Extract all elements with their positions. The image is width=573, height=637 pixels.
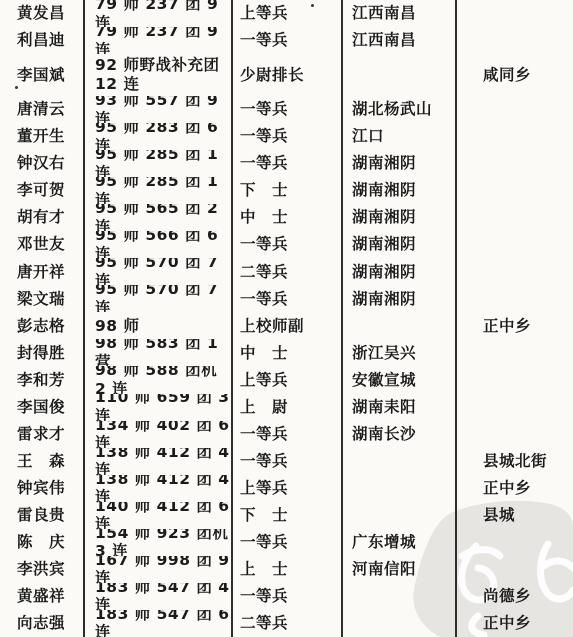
name-cell: 雷求才 [0,421,85,448]
rank-cell: 一等兵 [233,583,343,610]
rank-cell: 一等兵 [233,448,343,475]
name-cell: 唐开祥 [0,258,85,285]
unit-cell: 95 师 285 团 1 连 [85,150,233,177]
native-place-cell: 湖北杨武山 [343,96,457,123]
native-place-cell: 湖南湘阴 [343,258,457,285]
name-cell: 向志强 [0,610,85,637]
unit-cell: 167 师 998 团 9 连 [85,556,233,583]
residence-cell [457,556,573,583]
unit-cell: 138 师 412 团 4 连 [85,475,233,502]
native-place-cell: 浙江吴兴 [343,339,457,366]
rank-cell: 中 士 [233,204,343,231]
native-place-cell: 江西南昌 [343,27,457,54]
rank-cell: 一等兵 [233,421,343,448]
unit-cell: 79 师 237 团 9 连 [85,0,233,27]
unit-cell: 138 师 412 团 4 连 [85,448,233,475]
scan-noise-dot [311,4,314,7]
residence-cell [457,421,573,448]
name-cell: 李国斌 [0,54,85,96]
rank-cell: 一等兵 [233,96,343,123]
native-place-cell [343,610,457,637]
unit-cell: 95 师 570 团 7 连 [85,258,233,285]
native-place-cell: 湖南耒阳 [343,394,457,421]
unit-cell: 79 师 237 团 9 连 [85,27,233,54]
name-cell: 唐清云 [0,96,85,123]
residence-cell [457,177,573,204]
residence-cell: 尚德乡 [457,583,573,610]
native-place-cell: 湖南湘阴 [343,231,457,258]
name-cell: 李和芳 [0,366,85,393]
residence-cell [457,96,573,123]
name-cell: 钟汉右 [0,150,85,177]
native-place-cell: 湖南湘阴 [343,150,457,177]
native-place-cell: 湖南湘阴 [343,177,457,204]
native-place-cell [343,448,457,475]
rank-cell: 上等兵 [233,366,343,393]
name-cell: 董开生 [0,123,85,150]
native-place-cell [343,502,457,529]
residence-cell [457,204,573,231]
rank-cell: 一等兵 [233,123,343,150]
unit-cell: 95 师 565 团 2 连 [85,204,233,231]
residence-cell: 县城北街 [457,448,573,475]
rank-cell: 上等兵 [233,475,343,502]
rank-cell: 一等兵 [233,231,343,258]
rank-cell: 上等兵 [233,0,343,27]
rank-cell: 上 尉 [233,394,343,421]
native-place-cell: 湖南湘阴 [343,204,457,231]
name-cell: 黄发昌 [0,0,85,27]
rank-cell: 一等兵 [233,285,343,312]
native-place-cell [343,54,457,96]
unit-cell: 134 师 402 团 6 连 [85,421,233,448]
rank-cell: 下 士 [233,177,343,204]
residence-cell [457,27,573,54]
unit-cell: 98 师 [85,312,233,339]
native-place-cell [343,475,457,502]
native-place-cell: 江西南昌 [343,0,457,27]
residence-cell [457,231,573,258]
name-cell: 邓世友 [0,231,85,258]
residence-cell: 县城 [457,502,573,529]
unit-cell: 98 师 583 团 1 营 [85,339,233,366]
residence-cell [457,258,573,285]
rank-cell: 二等兵 [233,610,343,637]
name-cell: 黄盛祥 [0,583,85,610]
native-place-cell: 河南信阳 [343,556,457,583]
native-place-cell: 湖南湘阴 [343,285,457,312]
name-cell: 陈 庆 [0,529,85,556]
rank-cell: 一等兵 [233,529,343,556]
unit-cell: 110 师 659 团 3 连 [85,394,233,421]
unit-cell: 92 师野战补充团 12 连 [85,54,233,96]
name-cell: 李洪宾 [0,556,85,583]
name-cell: 李国俊 [0,394,85,421]
name-cell: 雷良贵 [0,502,85,529]
rank-cell: 二等兵 [233,258,343,285]
residence-cell [457,150,573,177]
unit-cell: 95 师 570 团 7 连 [85,285,233,312]
native-place-cell: 安徽宣城 [343,366,457,393]
name-cell: 钟宾伟 [0,475,85,502]
rank-cell: 一等兵 [233,150,343,177]
name-cell: 胡有才 [0,204,85,231]
rank-cell: 中 士 [233,339,343,366]
native-place-cell [343,583,457,610]
residence-cell [457,366,573,393]
residence-cell: 正中乡 [457,475,573,502]
unit-cell: 95 师 285 团 1 连 [85,177,233,204]
rank-cell: 下 士 [233,502,343,529]
native-place-cell [343,312,457,339]
unit-cell: 183 师 547 团 6 连 [85,610,233,637]
unit-cell: 154 师 923 团机 3 连 [85,529,233,556]
unit-cell: 140 师 412 团 6 连 [85,502,233,529]
unit-cell: 183 师 547 团 4 连 [85,583,233,610]
native-place-cell: 湖南长沙 [343,421,457,448]
name-cell: 李可贺 [0,177,85,204]
rank-cell: 少尉排长 [233,54,343,96]
residence-cell: 正中乡 [457,312,573,339]
unit-cell: 95 师 566 团 6 连 [85,231,233,258]
residence-cell [457,123,573,150]
roster-table: 黄发昌79 师 237 团 9 连上等兵江西南昌利昌迪79 师 237 团 9 … [0,0,573,637]
unit-cell: 93 师 557 团 9 连 [85,96,233,123]
residence-cell: 咸同乡 [457,54,573,96]
rank-cell: 上 士 [233,556,343,583]
name-cell: 王 森 [0,448,85,475]
rank-cell: 一等兵 [233,27,343,54]
name-cell: 利昌迪 [0,27,85,54]
residence-cell [457,394,573,421]
rank-cell: 上校师副 [233,312,343,339]
unit-cell: 98 师 588 团机 2 连 [85,366,233,393]
residence-cell [457,285,573,312]
name-cell: 梁文瑞 [0,285,85,312]
residence-cell [457,0,573,27]
native-place-cell: 广东增城 [343,529,457,556]
name-cell: 封得胜 [0,339,85,366]
residence-cell: 正中乡 [457,610,573,637]
residence-cell [457,339,573,366]
scan-noise-dot [15,86,18,89]
unit-cell: 95 师 283 团 6 连 [85,123,233,150]
residence-cell [457,529,573,556]
name-cell: 彭志格 [0,312,85,339]
native-place-cell: 江口 [343,123,457,150]
